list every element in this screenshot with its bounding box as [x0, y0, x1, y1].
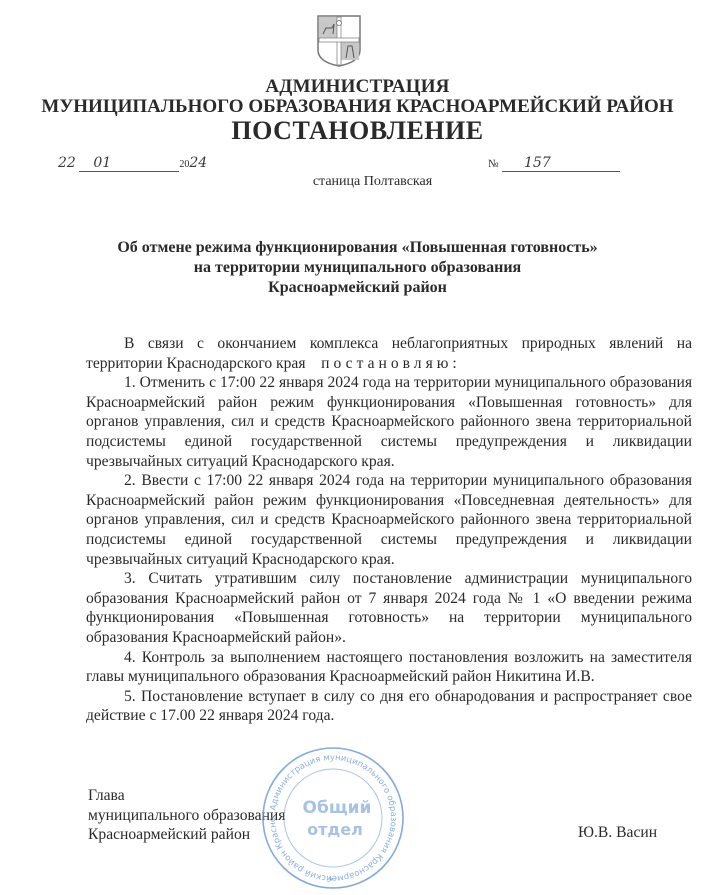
- date-day: 22: [58, 155, 76, 171]
- document-number: 157: [502, 155, 620, 172]
- stamp-center-line-2: отдел: [307, 820, 363, 839]
- signature-block: Глава муниципального образования Красноа…: [88, 786, 285, 845]
- number-label: №: [488, 158, 499, 170]
- title-line-1: Об отмене режима функционирования «Повыш…: [0, 238, 715, 258]
- date-year: 24: [189, 155, 207, 171]
- date-field: 22 012024: [58, 155, 207, 172]
- header-line-2: МУНИЦИПАЛЬНОГО ОБРАЗОВАНИЯ КРАСНОАРМЕЙСК…: [0, 96, 715, 118]
- signature-title-1: Глава: [88, 786, 285, 806]
- signature-title-2: муниципального образования: [88, 806, 285, 826]
- coat-of-arms-icon: [316, 14, 362, 68]
- date-month: 01: [79, 155, 179, 172]
- item-4: 4. Контроль за выполнением настоящего по…: [86, 648, 692, 687]
- document-body: В связи с окончанием комплекса неблагопр…: [86, 334, 692, 726]
- item-3: 3. Считать утратившим силу постановление…: [86, 569, 692, 647]
- document-type: ПОСТАНОВЛЕНИЕ: [0, 116, 715, 146]
- signature-title-3: Красноармейский район: [88, 825, 285, 845]
- signatory-name: Ю.В. Васин: [578, 824, 657, 842]
- item-1: 1. Отменить с 17:00 22 января 2024 года …: [86, 373, 692, 471]
- place-of-issue: станица Полтавская: [0, 174, 715, 190]
- intro-paragraph: В связи с окончанием комплекса неблагопр…: [86, 334, 692, 373]
- header-line-1: АДМИНИСТРАЦИЯ: [0, 76, 715, 98]
- item-2: 2. Ввести с 17:00 22 января 2024 года на…: [86, 471, 692, 569]
- title-line-3: Красноармейский район: [0, 278, 715, 298]
- document-title: Об отмене режима функционирования «Повыш…: [0, 238, 715, 298]
- title-line-2: на территории муниципального образования: [0, 258, 715, 278]
- decree-word: постановляю:: [321, 355, 461, 372]
- date-year-prefix: 20: [179, 159, 189, 170]
- item-5: 5. Постановление вступает в силу со дня …: [86, 687, 692, 726]
- number-field: № 157: [488, 155, 620, 172]
- official-stamp: Администрация муниципального образования…: [258, 743, 408, 893]
- star-icon: *: [329, 876, 334, 886]
- stamp-center-line-1: Общий: [303, 798, 372, 818]
